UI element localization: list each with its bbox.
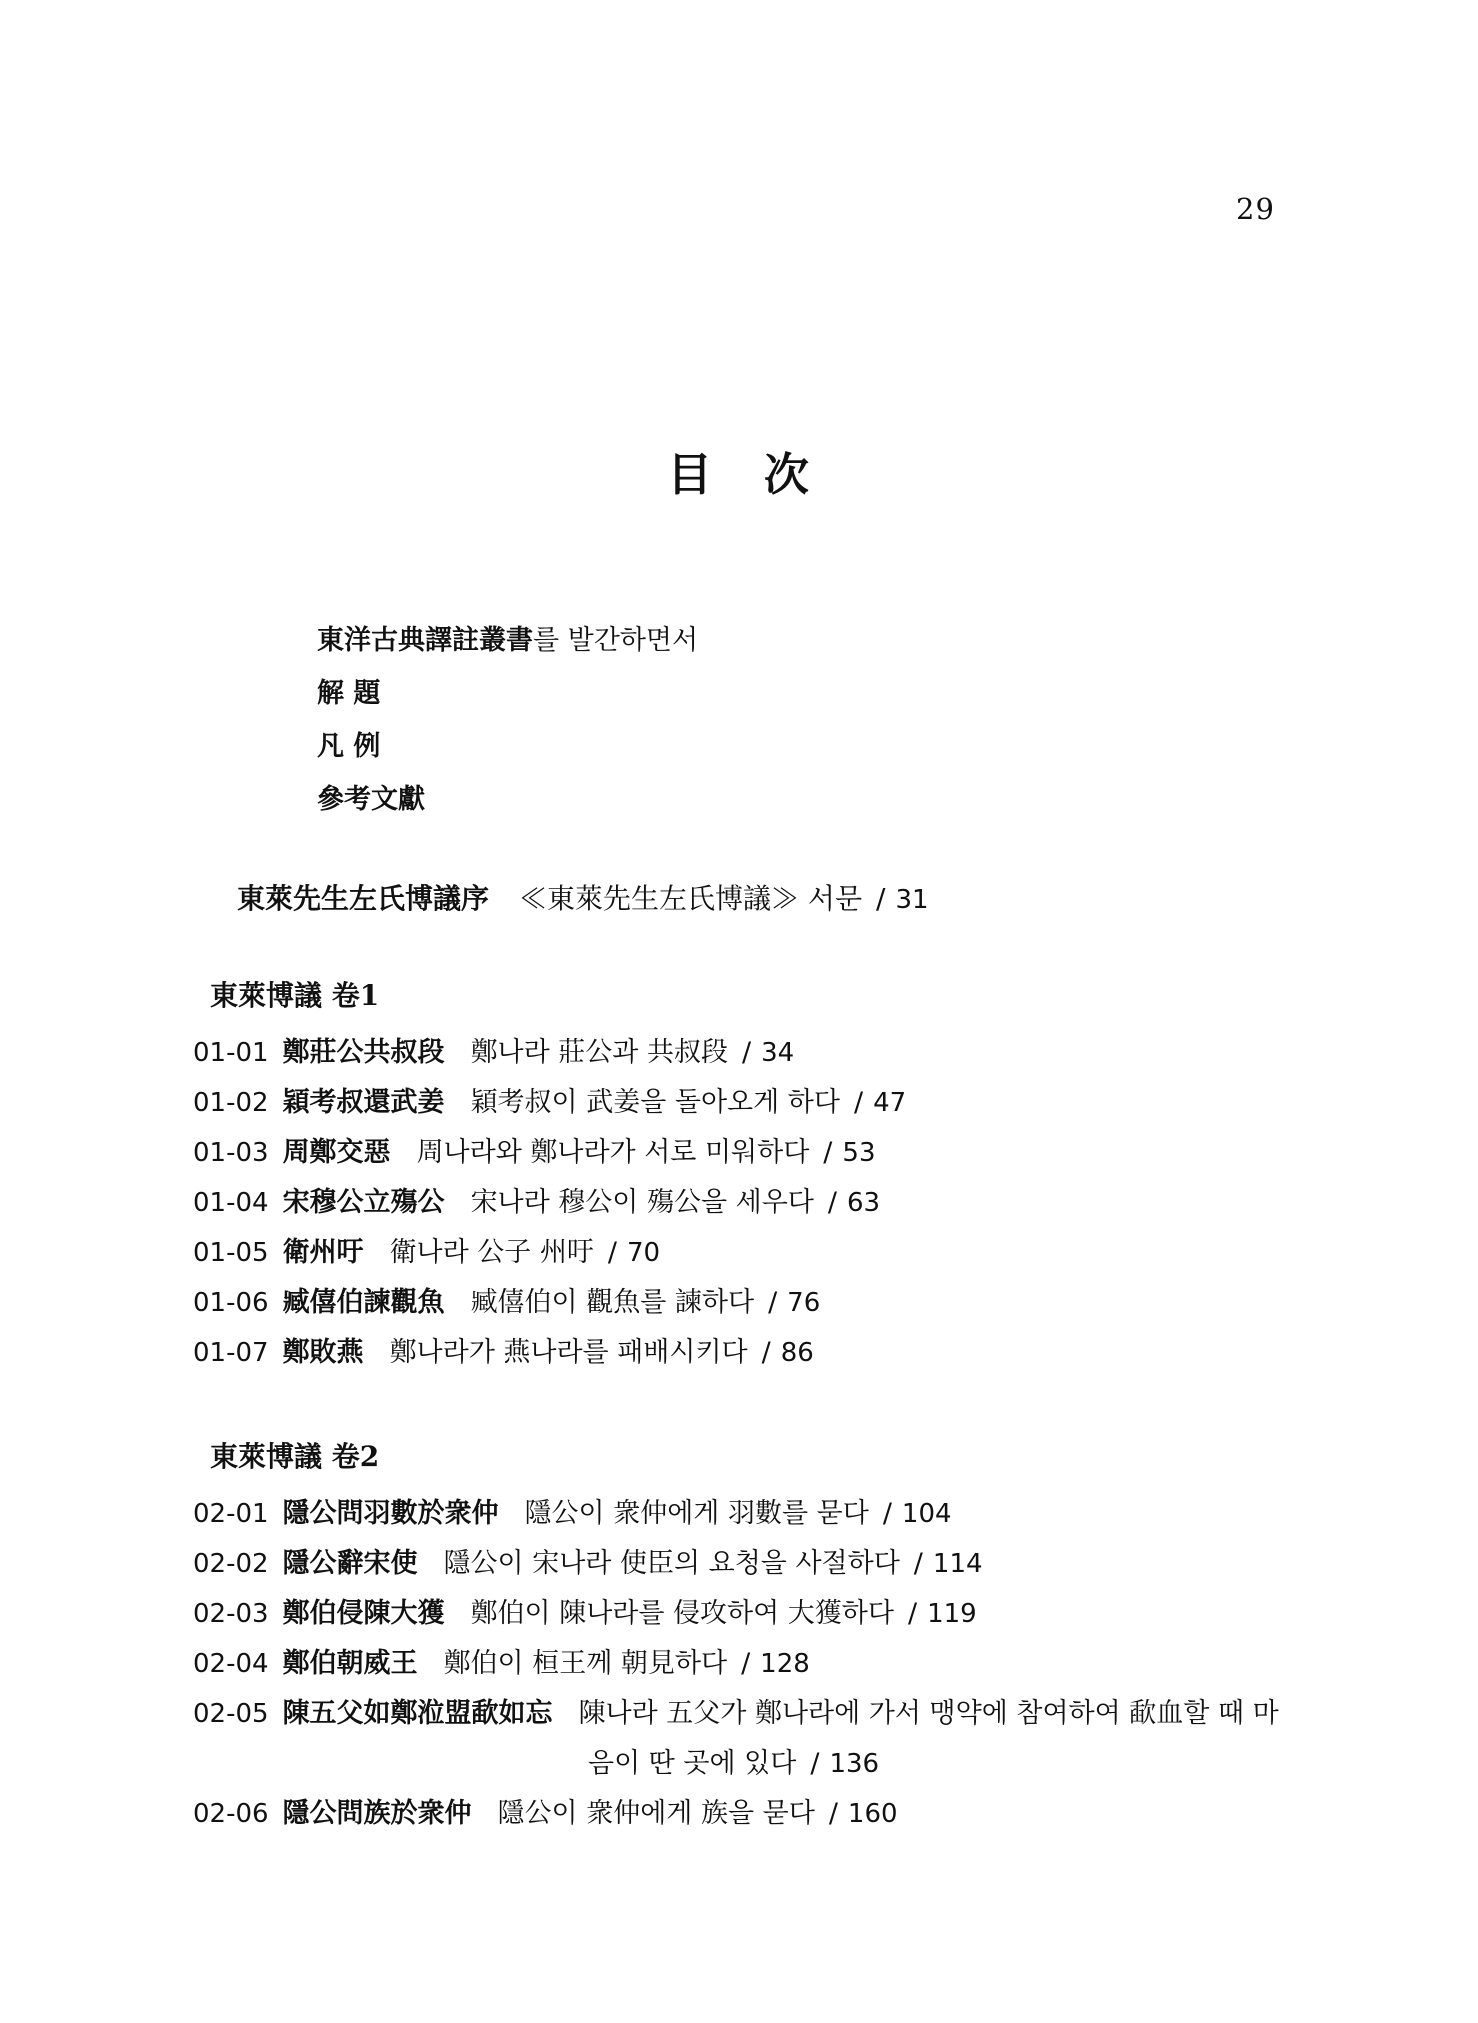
entry-title-korean: 鄭伯이 陳나라를 侵攻하여 大獲하다: [471, 1598, 894, 1629]
entry-number: 02-06: [193, 1799, 269, 1829]
entry-number: 02-04: [193, 1649, 269, 1679]
entry-title-hanja: 周鄭交惡: [283, 1137, 391, 1168]
section-heading-vol2: 東萊博議 卷2: [210, 1440, 1478, 1474]
toc-entry: 01-04宋穆公立殤公宋나라 穆公이 殤公을 세우다/63: [193, 1178, 1478, 1228]
entry-number: 01-06: [193, 1288, 269, 1318]
entry-page-number: 34: [761, 1038, 794, 1068]
entry-title-korean: 鄭나라 莊公과 共叔段: [471, 1037, 728, 1068]
toc-entry: 01-06臧僖伯諫觀魚臧僖伯이 觀魚를 諫하다/76: [193, 1278, 1478, 1328]
vol2-entries: 02-01隱公問羽數於衆仲隱公이 衆仲에게 羽數를 묻다/104 02-02隱公…: [0, 1489, 1478, 1839]
entry-separator: /: [741, 1648, 750, 1679]
entry-title-hanja: 陳五父如鄭涖盟歃如忘: [283, 1698, 553, 1729]
entry-separator: /: [829, 1798, 838, 1829]
entry-number: 01-05: [193, 1238, 269, 1268]
entry-page-number: 76: [787, 1288, 820, 1318]
toc-entry: 01-03周鄭交惡周나라와 鄭나라가 서로 미워하다/53: [193, 1128, 1478, 1178]
entry-title-hanja: 穎考叔還武姜: [283, 1087, 445, 1118]
entry-page-number: 53: [842, 1138, 875, 1168]
entry-page-number: 104: [902, 1499, 952, 1529]
entry-number: 01-07: [193, 1338, 269, 1368]
preface-title-hanja: 東萊先生左氏博議序: [237, 882, 489, 915]
toc-page: 29 目 次 東洋古典譯註叢書를 발간하면서 解 題 凡 例 參考文獻 東萊先生…: [0, 0, 1478, 2023]
toc-entry: 02-01隱公問羽數於衆仲隱公이 衆仲에게 羽數를 묻다/104: [193, 1489, 1478, 1539]
entry-page-number: 47: [873, 1088, 906, 1118]
entry-page-number: 86: [781, 1338, 814, 1368]
entry-title-korean: 衛나라 公子 州吁: [390, 1237, 594, 1268]
entry-title-hanja: 宋穆公立殤公: [283, 1187, 445, 1218]
entry-page-number: 70: [627, 1238, 660, 1268]
entry-page-number: 31: [895, 885, 928, 915]
entry-title-korean: 宋나라 穆公이 殤公을 세우다: [471, 1187, 814, 1218]
entry-title-hanja: 隱公問族於衆仲: [283, 1798, 472, 1829]
entry-page-number: 128: [760, 1649, 810, 1679]
entry-number: 02-03: [193, 1599, 269, 1629]
section-heading-vol1: 東萊博議 卷1: [210, 979, 1478, 1013]
entry-separator: /: [608, 1237, 617, 1268]
front-matter-hanja: 解 題: [317, 678, 380, 709]
entry-separator: /: [768, 1287, 777, 1318]
entry-number: 02-01: [193, 1499, 269, 1529]
entry-separator: /: [742, 1037, 751, 1068]
entry-number: 01-01: [193, 1038, 269, 1068]
entry-title-hanja: 鄭敗燕: [283, 1337, 364, 1368]
entry-title-korean: 鄭伯이 桓王께 朝見하다: [444, 1648, 728, 1679]
front-matter-korean: 를 발간하면서: [533, 625, 698, 656]
entry-separator: /: [876, 882, 885, 915]
entry-separator: /: [908, 1598, 917, 1629]
entry-page-number: 63: [847, 1188, 880, 1218]
entry-page-number: 136: [829, 1749, 879, 1779]
toc-entry-continuation: 음이 딴 곳에 있다/136: [588, 1739, 1478, 1789]
entry-title-hanja: 鄭伯朝威王: [283, 1648, 418, 1679]
front-matter-hanja: 東洋古典譯註叢書: [317, 625, 533, 656]
entry-title-hanja: 鄭伯侵陳大獲: [283, 1598, 445, 1629]
entry-separator: /: [883, 1498, 892, 1529]
toc-entry: 02-06隱公問族於衆仲隱公이 衆仲에게 族을 묻다/160: [193, 1789, 1478, 1839]
entry-title-korean: 穎考叔이 武姜을 돌아오게 하다: [471, 1087, 840, 1118]
entry-title-korean: 隱公이 宋나라 使臣의 요청을 사절하다: [444, 1548, 900, 1579]
front-matter: 東洋古典譯註叢書를 발간하면서 解 題 凡 例 參考文獻: [317, 614, 1478, 826]
toc-content: 目 次 東洋古典譯註叢書를 발간하면서 解 題 凡 例 參考文獻 東萊先生左氏博…: [0, 0, 1478, 1839]
toc-entry: 01-07鄭敗燕鄭나라가 燕나라를 패배시키다/86: [193, 1328, 1478, 1378]
entry-title-hanja: 鄭莊公共叔段: [283, 1037, 445, 1068]
entry-separator: /: [854, 1087, 863, 1118]
entry-page-number: 114: [933, 1549, 983, 1579]
entry-separator: /: [810, 1748, 819, 1779]
entry-number: 01-03: [193, 1138, 269, 1168]
toc-entry: 02-04鄭伯朝威王鄭伯이 桓王께 朝見하다/128: [193, 1639, 1478, 1689]
front-matter-item: 東洋古典譯註叢書를 발간하면서: [317, 614, 1478, 667]
toc-entry: 01-02穎考叔還武姜穎考叔이 武姜을 돌아오게 하다/47: [193, 1078, 1478, 1128]
toc-entry: 01-01鄭莊公共叔段鄭나라 莊公과 共叔段/34: [193, 1028, 1478, 1078]
vol1-entries: 01-01鄭莊公共叔段鄭나라 莊公과 共叔段/34 01-02穎考叔還武姜穎考叔…: [0, 1028, 1478, 1378]
entry-number: 02-05: [193, 1699, 269, 1729]
page-title: 目 次: [0, 450, 1478, 500]
entry-page-number: 160: [848, 1799, 898, 1829]
entry-title-hanja: 衛州吁: [283, 1237, 364, 1268]
entry-number: 01-02: [193, 1088, 269, 1118]
entry-title-korean: 隱公이 衆仲에게 族을 묻다: [498, 1798, 815, 1829]
entry-title-hanja: 隱公問羽數於衆仲: [283, 1498, 499, 1529]
preface-title-korean: ≪東萊先生左氏博議≫ 서문: [519, 882, 862, 915]
entry-title-hanja: 臧僖伯諫觀魚: [283, 1287, 445, 1318]
entry-separator: /: [914, 1548, 923, 1579]
entry-title-korean: 臧僖伯이 觀魚를 諫하다: [471, 1287, 755, 1318]
entry-number: 01-04: [193, 1188, 269, 1218]
entry-number: 02-02: [193, 1549, 269, 1579]
toc-entry: 02-03鄭伯侵陳大獲鄭伯이 陳나라를 侵攻하여 大獲하다/119: [193, 1589, 1478, 1639]
toc-entry: 02-02隱公辭宋使隱公이 宋나라 使臣의 요청을 사절하다/114: [193, 1539, 1478, 1589]
entry-title-korean: 鄭나라가 燕나라를 패배시키다: [390, 1337, 748, 1368]
entry-title-korean: 陳나라 五父가 鄭나라에 가서 맹약에 참여하여 歃血할 때 마: [579, 1698, 1279, 1729]
front-matter-item: 參考文獻: [317, 773, 1478, 826]
front-matter-item: 解 題: [317, 667, 1478, 720]
front-matter-hanja: 參考文獻: [317, 784, 425, 815]
entry-separator: /: [828, 1187, 837, 1218]
entry-title-korean-continued: 음이 딴 곳에 있다: [588, 1748, 796, 1779]
entry-title-korean: 周나라와 鄭나라가 서로 미워하다: [417, 1137, 810, 1168]
entry-title-hanja: 隱公辭宋使: [283, 1548, 418, 1579]
entry-title-korean: 隱公이 衆仲에게 羽數를 묻다: [525, 1498, 869, 1529]
toc-entry: 02-05陳五父如鄭涖盟歃如忘陳나라 五父가 鄭나라에 가서 맹약에 참여하여 …: [193, 1689, 1478, 1739]
toc-entry: 01-05衛州吁衛나라 公子 州吁/70: [193, 1228, 1478, 1278]
preface-entry: 東萊先生左氏博議序≪東萊先生左氏博議≫ 서문/31: [237, 882, 1478, 917]
front-matter-item: 凡 例: [317, 720, 1478, 773]
entry-page-number: 119: [927, 1599, 977, 1629]
front-matter-hanja: 凡 例: [317, 731, 380, 762]
entry-separator: /: [762, 1337, 771, 1368]
entry-separator: /: [823, 1137, 832, 1168]
